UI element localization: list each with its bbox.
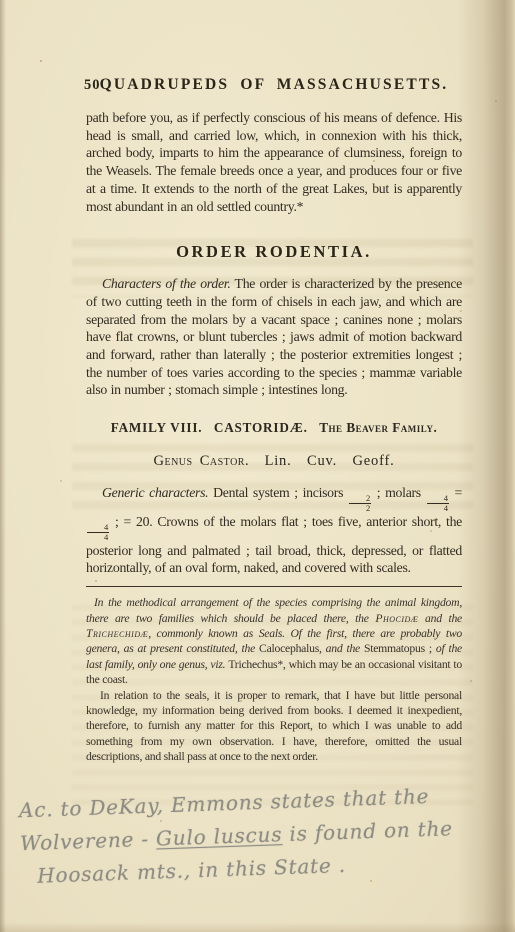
opening-paragraph: path before you, as if perfectly conscio… [86, 109, 462, 215]
generic-characters-paragraph: Generic characters. Dental system ; inci… [86, 484, 462, 577]
handwritten-pencil-annotation: Ac. to DeKay, Emmons states that theWolv… [18, 778, 495, 893]
order-characters-paragraph: Characters of the order. The order is ch… [86, 275, 462, 399]
footnote-2: In relation to the seals, it is proper t… [86, 688, 462, 765]
genus-heading: Genus Castor. Lin. Cuv. Geoff. [86, 453, 462, 470]
order-heading: ORDER RODENTIA. [86, 242, 462, 262]
family-heading: FAMILY VIII. CASTORIDÆ. The Beaver Famil… [86, 420, 462, 436]
page-number: 50 [84, 77, 101, 94]
text-column: 50 QUADRUPEDS OF MASSACHUSETTS. path bef… [86, 0, 462, 765]
footnote-1: In the methodical arrangement of the spe… [86, 595, 462, 687]
paper-foxing-speckles [40, 60, 42, 62]
page-edge-shading-left [0, 0, 6, 932]
page-edge-shading-bottom [0, 922, 515, 932]
running-title: QUADRUPEDS OF MASSACHUSETTS. [100, 76, 449, 93]
running-header: 50 QUADRUPEDS OF MASSACHUSETTS. [86, 76, 462, 94]
footnote-separator-rule [86, 586, 462, 587]
scanned-book-page: 50 QUADRUPEDS OF MASSACHUSETTS. path bef… [0, 0, 515, 932]
